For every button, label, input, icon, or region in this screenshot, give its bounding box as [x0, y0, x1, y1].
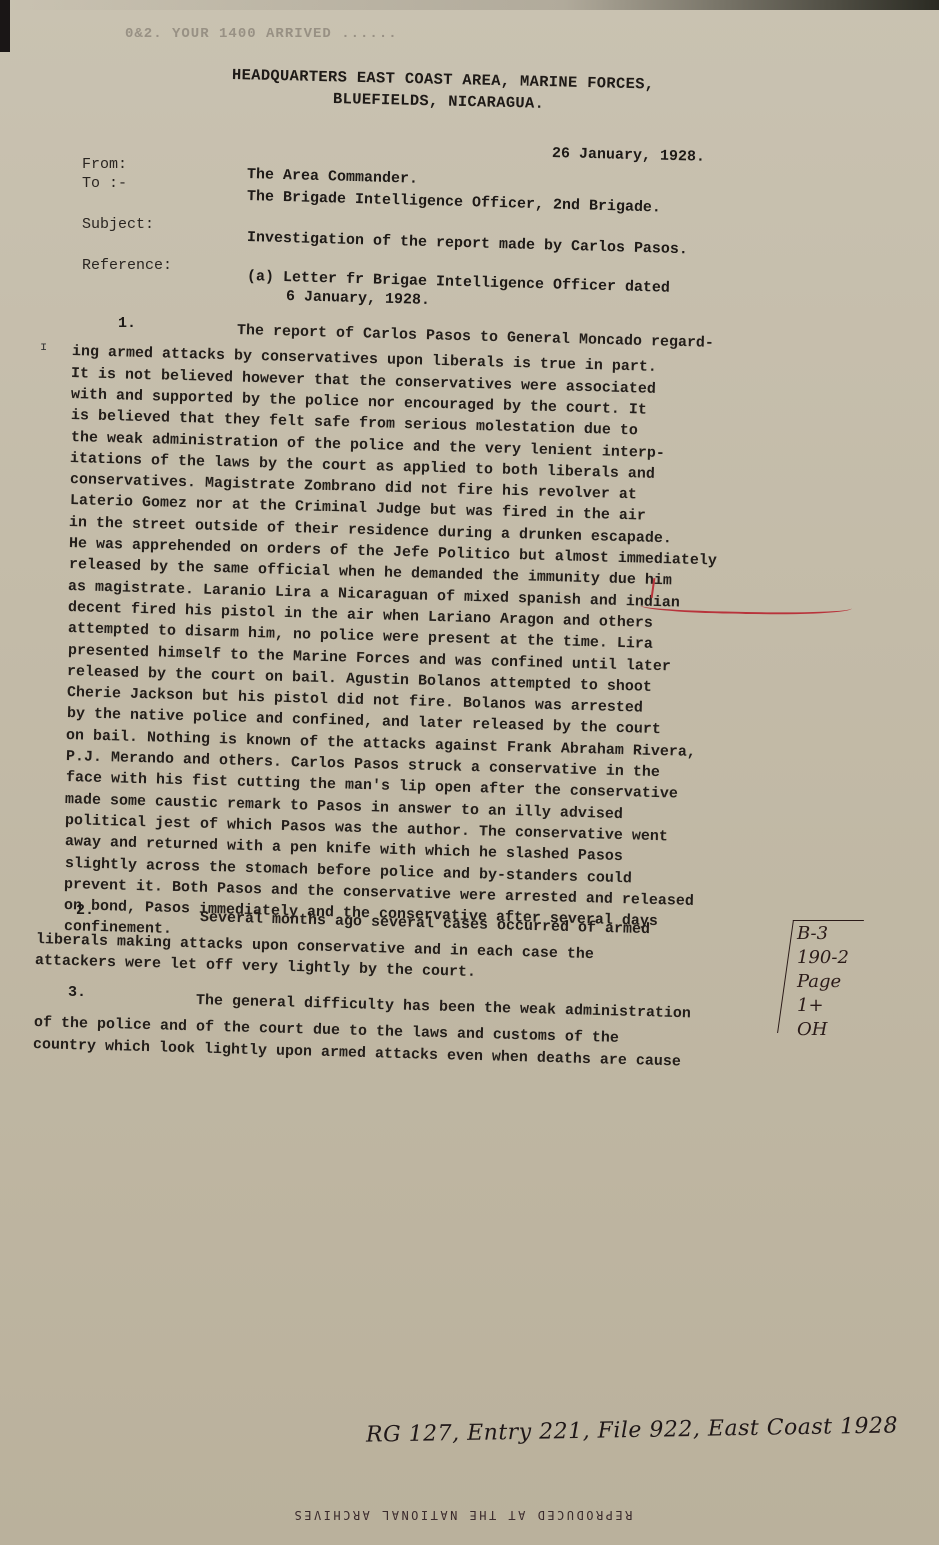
paper-top-edge: [0, 0, 939, 10]
reference-value-line-2: 6 January, 1928.: [286, 288, 430, 309]
margin-annotation-line: Page 1+: [797, 970, 867, 1018]
margin-annotation-line: 190-2: [797, 946, 867, 970]
handwritten-citation: RG 127, Entry 221, File 922, East Coast …: [366, 1413, 898, 1447]
paragraph-number: 1.: [118, 315, 136, 332]
paragraph-number: 3.: [68, 984, 86, 1001]
margin-annotation: B-3190-2Page 1+OH: [797, 922, 867, 1042]
body-text-line: The report of Carlos Pasos to General Mo…: [237, 322, 714, 352]
to-value: The Brigade Intelligence Officer, 2nd Br…: [247, 188, 661, 217]
red-pencil-underline: [640, 596, 852, 616]
letterhead-line-2: BLUEFIELDS, NICARAGUA.: [333, 90, 545, 113]
subject-value: Investigation of the report made by Carl…: [247, 229, 688, 258]
subject-label: Subject:: [82, 216, 154, 233]
paper-left-edge: [0, 0, 10, 52]
margin-tick-mark: ɪ: [40, 340, 47, 354]
archive-stamp: REPRODUCED AT THE NATIONAL ARCHIVES: [292, 1508, 632, 1522]
to-label: To :-: [82, 175, 127, 192]
faded-top-line: 0&2. YOUR 1400 ARRIVED ......: [125, 26, 398, 42]
paragraph-number: 2.: [76, 902, 94, 919]
margin-annotation-line: B-3: [797, 922, 867, 946]
letterhead-line-1: HEADQUARTERS EAST COAST AREA, MARINE FOR…: [232, 66, 655, 94]
body-text-line: The general difficulty has been the weak…: [196, 992, 691, 1022]
from-label: From:: [82, 156, 127, 173]
from-value: The Area Commander.: [247, 166, 418, 188]
document-date: 26 January, 1928.: [552, 145, 705, 166]
reference-label: Reference:: [82, 257, 172, 274]
margin-annotation-line: OH: [797, 1018, 867, 1042]
